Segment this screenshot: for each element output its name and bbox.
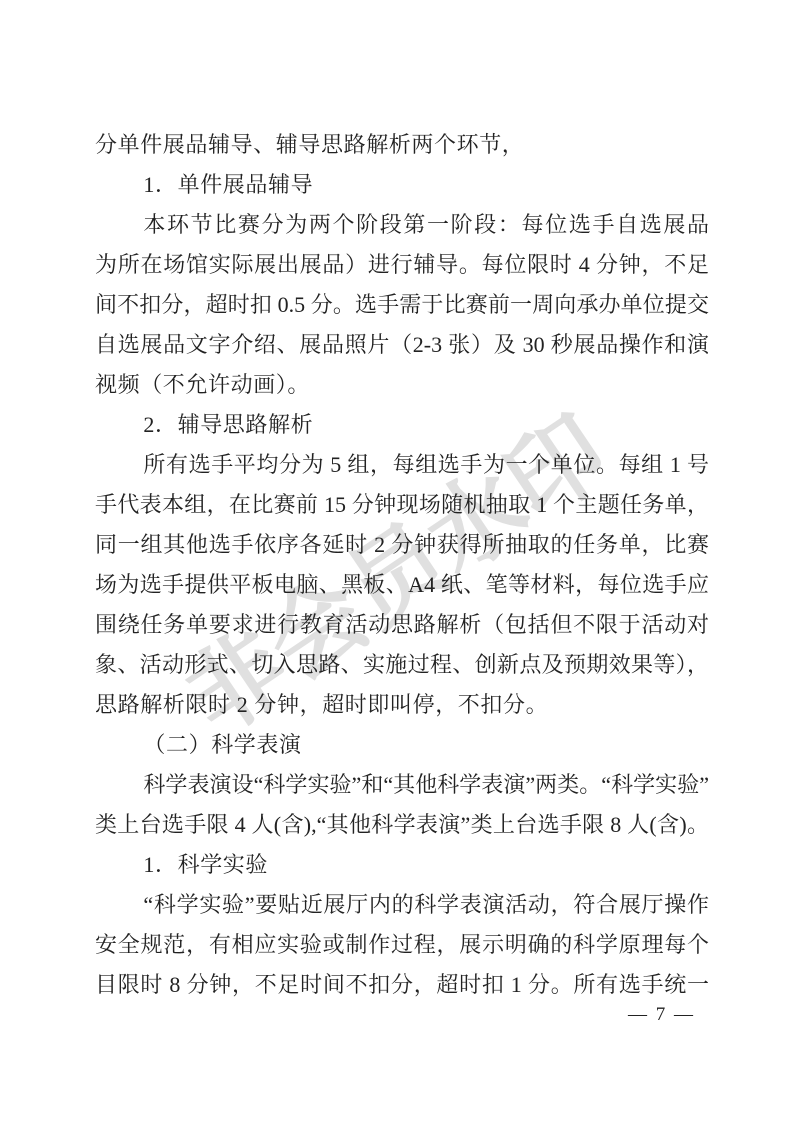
text-line: 科学表演设“科学实验”和“其他科学表演”两类。“科学实验” xyxy=(95,765,709,805)
text-line: 间不扣分，超时扣 0.5 分。选手需于比赛前一周向承办单位提交 xyxy=(95,285,709,325)
text-line: 视频（不允许动画）。 xyxy=(95,365,709,405)
text-line: 同一组其他选手依序各延时 2 分钟获得所抽取的任务单，比赛现 xyxy=(95,525,709,565)
text-line: （二）科学表演 xyxy=(95,725,709,765)
text-line: 类上台选手限 4 人(含),“其他科学表演”类上台选手限 8 人(含)。 xyxy=(95,805,709,845)
text-line: 为所在场馆实际展出展品）进行辅导。每位限时 4 分钟，不足时 xyxy=(95,245,709,285)
text-line: 分单件展品辅导、辅导思路解析两个环节， xyxy=(95,125,709,165)
page-number: — 7 — xyxy=(628,1003,695,1027)
text-line: 2．辅导思路解析 xyxy=(95,405,709,445)
document-page: 非会员水印 分单件展品辅导、辅导思路解析两个环节，1．单件展品辅导本环节比赛分为… xyxy=(0,0,793,1122)
text-line: 安全规范，有相应实验或制作过程，展示明确的科学原理每个节 xyxy=(95,925,709,965)
text-line: 自选展品文字介绍、展品照片（2-3 张）及 30 秒展品操作和演示 xyxy=(95,325,709,365)
text-line: 围绕任务单要求进行教育活动思路解析（包括但不限于活动对 xyxy=(95,605,709,645)
text-line: 1．单件展品辅导 xyxy=(95,165,709,205)
text-line: 所有选手平均分为 5 组，每组选手为一个单位。每组 1 号选 xyxy=(95,445,709,485)
text-line: 本环节比赛分为两个阶段第一阶段：每位选手自选展品（需 xyxy=(95,205,709,245)
document-body: 分单件展品辅导、辅导思路解析两个环节，1．单件展品辅导本环节比赛分为两个阶段第一… xyxy=(95,125,709,1005)
text-line: 目限时 8 分钟，不足时间不扣分，超时扣 1 分。所有选手统一着 xyxy=(95,965,709,1005)
text-line: 象、活动形式、切入思路、实施过程、创新点及预期效果等）， xyxy=(95,645,709,685)
text-line: 手代表本组，在比赛前 15 分钟现场随机抽取 1 个主题任务单， xyxy=(95,485,709,525)
text-line: 场为选手提供平板电脑、黑板、A4 纸、笔等材料，每位选手应 xyxy=(95,565,709,605)
text-line: 思路解析限时 2 分钟，超时即叫停，不扣分。 xyxy=(95,685,709,725)
text-line: “科学实验”要贴近展厅内的科学表演活动，符合展厅操作和 xyxy=(95,885,709,925)
text-line: 1．科学实验 xyxy=(95,845,709,885)
